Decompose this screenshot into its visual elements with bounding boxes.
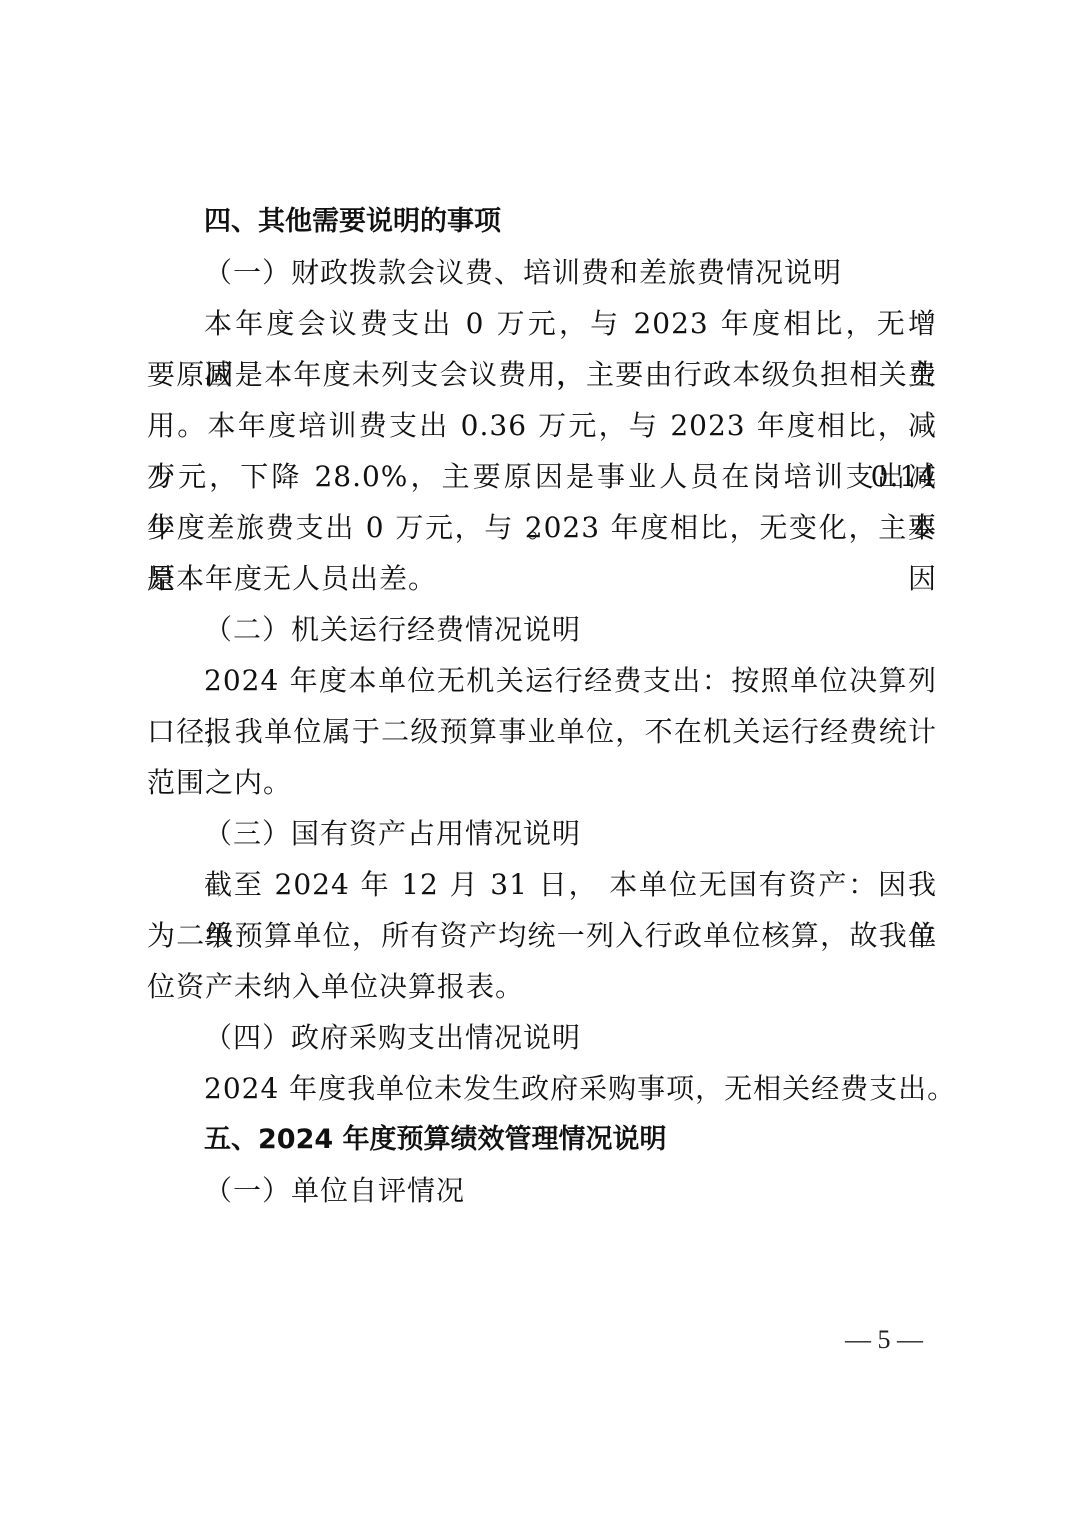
- document-body: 四、其他需要说明的事项 （一）财政拨款会议费、培训费和差旅费情况说明 本年度会议…: [147, 196, 937, 1216]
- paragraph-line: 用。本年度培训费支出 0.36 万元，与 2023 年度相比，减少 0.14: [147, 400, 937, 451]
- paragraph-line: 为二级预算单位，所有资产均统一列入行政单位核算，故我单: [147, 910, 937, 961]
- paragraph-line: 万元，下降 28.0%，主要原因是事业人员在岗培训支出减少。本: [147, 451, 937, 502]
- paragraph-line: 2024 年度我单位未发生政府采购事项，无相关经费支出。: [147, 1063, 937, 1114]
- subsection-heading-government-procurement: （四）政府采购支出情况说明: [147, 1012, 937, 1063]
- paragraph-line: 位资产未纳入单位决算报表。: [147, 961, 937, 1012]
- page-number: — 5 —: [845, 1325, 923, 1355]
- paragraph-line: 年度差旅费支出 0 万元，与 2023 年度相比，无变化，主要原因: [147, 502, 937, 553]
- paragraph-state-assets: 截至 2024 年 12 月 31 日， 本单位无国有资产：因我单位 为二级预算…: [147, 859, 937, 1012]
- paragraph-line: 要原因是本年度未列支会议费用，主要由行政本级负担相关费: [147, 349, 937, 400]
- paragraph-line: 本年度会议费支出 0 万元，与 2023 年度相比，无增减，主: [147, 298, 937, 349]
- subsection-heading-state-assets: （三）国有资产占用情况说明: [147, 808, 937, 859]
- section-heading-other-matters: 四、其他需要说明的事项: [147, 196, 937, 247]
- paragraph-line: 范围之内。: [147, 757, 937, 808]
- paragraph-line: 2024 年度本单位无机关运行经费支出：按照单位决算列报: [147, 655, 937, 706]
- section-heading-performance-management: 五、2024 年度预算绩效管理情况说明: [147, 1114, 937, 1165]
- paragraph-operating-expenses: 2024 年度本单位无机关运行经费支出：按照单位决算列报 口径，我单位属于二级预…: [147, 655, 937, 808]
- subsection-heading-self-evaluation: （一）单位自评情况: [147, 1165, 937, 1216]
- subsection-heading-meeting-training-travel: （一）财政拨款会议费、培训费和差旅费情况说明: [147, 247, 937, 298]
- paragraph-line: 口径，我单位属于二级预算事业单位，不在机关运行经费统计: [147, 706, 937, 757]
- paragraph-line: 截至 2024 年 12 月 31 日， 本单位无国有资产：因我单位: [147, 859, 937, 910]
- paragraph-government-procurement: 2024 年度我单位未发生政府采购事项，无相关经费支出。: [147, 1063, 937, 1114]
- subsection-heading-operating-expenses: （二）机关运行经费情况说明: [147, 604, 937, 655]
- document-page: 四、其他需要说明的事项 （一）财政拨款会议费、培训费和差旅费情况说明 本年度会议…: [0, 0, 1069, 1515]
- paragraph-meeting-training-travel: 本年度会议费支出 0 万元，与 2023 年度相比，无增减，主 要原因是本年度未…: [147, 298, 937, 604]
